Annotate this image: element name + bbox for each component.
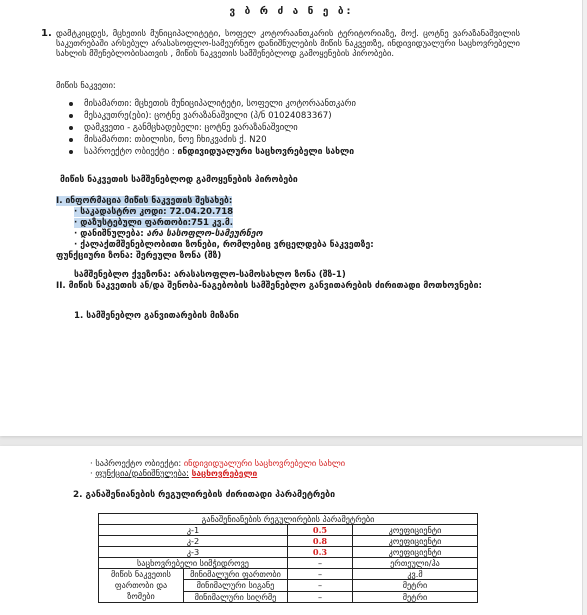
param-name: კ-1 [99, 525, 288, 536]
param-value: – [288, 580, 353, 591]
document-page-1: ვ ბ რ ძ ა ნ ე ბ: 1. დამტკიცდეს, მცხეთის … [0, 0, 583, 436]
function-label: ფუნქცია/დანიშნულება: [95, 468, 189, 478]
param-value: – [288, 591, 353, 602]
table-row: კ-2 0.8 კოეფიციენტი [99, 536, 478, 547]
project-object-label: · საპროექტო ობიექტი: [90, 458, 184, 468]
project-object-line: · საპროექტო ობიექტი: ინდივიდუალური საცხო… [90, 458, 345, 468]
item-number: 1. [41, 28, 52, 39]
param-unit: ერთეული/ჰა [353, 558, 478, 569]
scrollbar-track[interactable] [582, 0, 587, 615]
area[interactable]: · დაზუსტებული ფართობი:751 კვ.მ. [74, 218, 233, 228]
param-name: კ-3 [99, 547, 288, 558]
bullet-label: საპროექტო ობიექტი : [84, 147, 178, 157]
purpose-label: · დანიშნულება: [74, 229, 147, 239]
document-page-2: · საპროექტო ობიექტი: ინდივიდუალური საცხო… [0, 446, 583, 615]
bullet-label: მისამართი: [84, 135, 134, 145]
table-row: მიწის ნაკვეთის ფართობი და ზომები მინიმალ… [99, 569, 478, 580]
table-row: საცხოვრებელი სიმჭიდროვე – ერთეული/ჰა [99, 558, 478, 569]
param-value: 0.8 [288, 536, 353, 547]
zones-label: · ქალაქთმშენებლობითი ზონები, რომლებიც ვრ… [74, 240, 374, 250]
bullet-value: ცოტნე ვარაზანაშვილი [204, 123, 297, 133]
cadastral-code[interactable]: · საკადასტრო კოდი: 72.04.20.718 [74, 207, 233, 217]
param-value: – [288, 558, 353, 569]
table-header: განაშენიანების რეგულირების პარამეტრები [99, 514, 478, 525]
param-unit: კოეფიციენტი [353, 536, 478, 547]
param-name: მინიმალური სიღრმე [184, 591, 288, 602]
list-item: საპროექტო ობიექტი : ინდივიდუალური საცხოვ… [56, 146, 356, 158]
plot-label: მიწის ნაკვეთი: [56, 80, 116, 90]
group-label: მიწის ნაკვეთის ფართობი და ზომები [99, 569, 184, 603]
list-item: მესაკუთრე(ები): ცოტნე ვარაზანაშვილი (პ/ნ… [56, 110, 356, 122]
building-zone: სამშენებლო ქვეზონა: არასასოფლო-სამოსახლო… [74, 270, 346, 280]
function-value: საცხოვრებელი [192, 468, 258, 478]
item-text: დამტკიცდეს, მცხეთის მუნიციპალიტეტი, სოფე… [56, 28, 520, 58]
param-unit: კვ.მ [353, 569, 478, 580]
table-row: კ-1 0.5 კოეფიციენტი [99, 525, 478, 536]
param-unit: მეტრი [353, 580, 478, 591]
list-item: მისამართი: მცხეთის მუნიციპალიტეტი, სოფელ… [56, 98, 356, 110]
bullet-value: თბილისი, ნოე ჩხიკვაძის ქ. N20 [134, 135, 266, 145]
subsection-1-heading: 1. სამშენებლო განვითარების მიზანი [74, 311, 239, 321]
section-heading: მიწის ნაკვეთის სამშენებლოდ გამოყენების პ… [60, 175, 298, 185]
bullet-value: მცხეთის მუნიციპალიტეტი, სოფელი კოტორაანთ… [134, 99, 355, 109]
param-value: – [288, 569, 353, 580]
plot-details-list: მისამართი: მცხეთის მუნიციპალიტეტი, სოფელ… [56, 98, 356, 158]
page-gap [0, 436, 587, 446]
param-name: მინიმალური ფართობი [184, 569, 288, 580]
subsection-2-heading: 2. განაშენიანების რეგულირების ძირითადი პ… [73, 490, 335, 500]
section-1-heading[interactable]: I. ინფორმაცია მიწის ნაკვეთის შესახებ: [56, 196, 232, 206]
purpose-value: არა სასოფლო-სამეურნეო [147, 229, 263, 239]
param-value: 0.3 [288, 547, 353, 558]
list-item: მისამართი: თბილისი, ნოე ჩხიკვაძის ქ. N20 [56, 134, 356, 146]
bullet-label: მესაკუთრე(ები): [84, 111, 154, 121]
bullet-label: დამკვეთი - განმცხადებელი: [84, 123, 204, 133]
section-1: I. ინფორმაცია მიწის ნაკვეთის შესახებ: · … [56, 196, 374, 262]
functional-zone: ფუნქციური ზონა: შერეული ზონა (შზ) [56, 251, 221, 261]
param-name: კ-2 [99, 536, 288, 547]
bullet-label: მისამართი: [84, 99, 134, 109]
param-name: მინიმალური სიგანე [184, 580, 288, 591]
param-name: საცხოვრებელი სიმჭიდროვე [99, 558, 288, 569]
list-item: დამკვეთი - განმცხადებელი: ცოტნე ვარაზანა… [56, 122, 356, 134]
param-value: 0.5 [288, 525, 353, 536]
project-object-value: ინდივიდუალური საცხოვრებელი სახლი [184, 458, 345, 468]
section-2-heading: II. მიწის ნაკვეთის ან/და შენობა-ნაგებობი… [56, 281, 526, 292]
table-row: კ-3 0.3 კოეფიციენტი [99, 547, 478, 558]
document-title: ვ ბ რ ძ ა ნ ე ბ: [0, 6, 583, 17]
bullet-value: ინდივიდუალური საცხოვრებელი სახლი [178, 147, 355, 157]
param-unit: მეტრი [353, 591, 478, 602]
param-unit: კოეფიციენტი [353, 547, 478, 558]
bullet-value: ცოტნე ვარაზანაშვილი (პ/ნ 01024083367) [154, 111, 331, 121]
param-unit: კოეფიციენტი [353, 525, 478, 536]
parameters-table: განაშენიანების რეგულირების პარამეტრები კ… [98, 513, 478, 603]
function-line: · ფუნქცია/დანიშნულება: საცხოვრებელი [90, 468, 257, 478]
